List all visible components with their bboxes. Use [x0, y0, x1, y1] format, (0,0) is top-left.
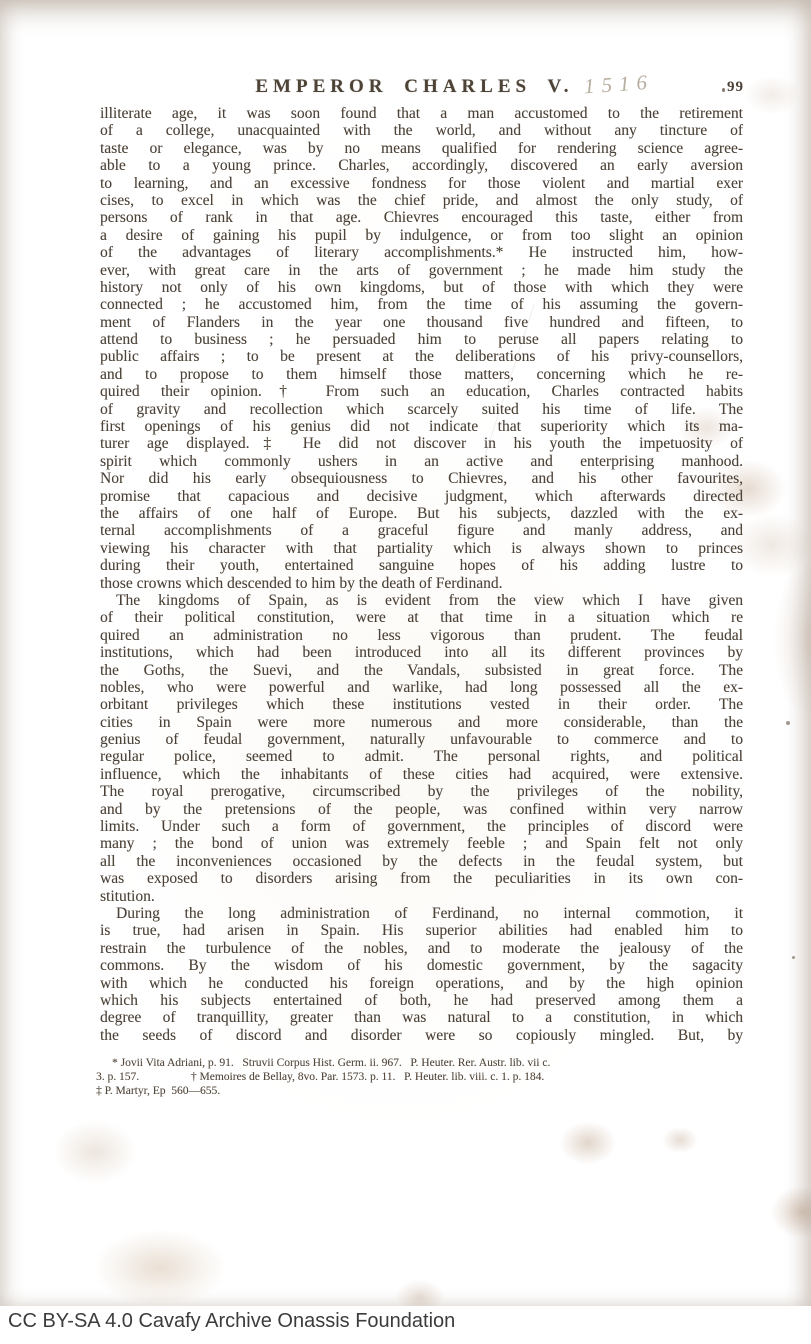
text-line: the Goths, the Suevi, and the Vandals, s… — [100, 662, 743, 679]
text-line: connected ; he accustomed him, from the … — [100, 296, 743, 313]
text-line: ment of Flanders in the year one thousan… — [100, 314, 743, 331]
handwritten-year-note: 1516 — [583, 70, 655, 100]
text-line: limits. Under such a form of government,… — [100, 818, 743, 835]
text-line: stitution. — [100, 888, 743, 905]
text-line: to learning, and an excessive fondness f… — [100, 175, 743, 192]
ink-speck — [786, 721, 790, 725]
paper-crease — [378, 1121, 533, 1306]
body-text: illiterate age, it was soon found that a… — [100, 105, 743, 1044]
text-line: attend to business ; he persuaded him to… — [100, 331, 743, 348]
footnotes: * Jovii Vita Adriani, p. 91. Struvii Cor… — [96, 1056, 751, 1099]
text-line: is true, had arisen in Spain. His superi… — [100, 922, 743, 939]
text-line: those crowns which descended to him by t… — [100, 575, 743, 592]
footnote-line: ‡ P. Martyr, Ep 560—655. — [96, 1084, 751, 1098]
text-line: influence, which the inhabitants of thes… — [100, 766, 743, 783]
text-line: a desire of gaining his pupil by indulge… — [100, 227, 743, 244]
text-line: commons. By the wisdom of his domestic g… — [100, 957, 743, 974]
running-title: EMPEROR CHARLES V. — [255, 76, 573, 98]
text-line: cises, to excel in which was the chief p… — [100, 192, 743, 209]
text-line: cities in Spain were more numerous and m… — [100, 714, 743, 731]
text-line: During the long administration of Ferdin… — [100, 905, 743, 922]
text-line: genius of feudal government, naturally u… — [100, 731, 743, 748]
ink-speck — [792, 956, 795, 959]
text-line: nobles, who were powerful and warlike, h… — [100, 679, 743, 696]
text-line: promise that capacious and decisive judg… — [100, 488, 743, 505]
text-line: the seeds of discord and disorder were s… — [100, 1027, 743, 1044]
text-line: of their political constitution, were at… — [100, 609, 743, 626]
text-line: of gravity and recollection which scarce… — [100, 401, 743, 418]
text-line: ternal accomplishments of a graceful fig… — [100, 522, 743, 539]
text-line: degree of tranquillity, greater than was… — [100, 1009, 743, 1026]
text-line: the affairs of one half of Europe. But h… — [100, 505, 743, 522]
text-line: Nor did his early obsequiousness to Chie… — [100, 470, 743, 487]
paragraph: The kingdoms of Spain, as is evident fro… — [100, 592, 743, 905]
text-line: of the advantages of literary accomplish… — [100, 244, 743, 261]
text-line: taste or elegance, was by no means quali… — [100, 140, 743, 157]
text-line: and by the pretensions of the people, wa… — [100, 801, 743, 818]
text-line: able to a young prince. Charles, accordi… — [100, 157, 743, 174]
text-line: with which he conducted his foreign oper… — [100, 975, 743, 992]
text-line: first openings of his genius did not ind… — [100, 418, 743, 435]
text-line: spirit which commonly ushers in an activ… — [100, 453, 743, 470]
text-line: quired an administration no less vigorou… — [100, 627, 743, 644]
license-bar: CC BY-SA 4.0 Cavafy Archive Onassis Foun… — [0, 1306, 811, 1344]
text-line: turer age displayed.‡ He did not discove… — [100, 435, 743, 452]
text-line: during their youth, entertained sanguine… — [100, 557, 743, 574]
footnote-line: * Jovii Vita Adriani, p. 91. Struvii Cor… — [96, 1056, 751, 1070]
text-line: viewing his character with that partiali… — [100, 540, 743, 557]
footnote-line: 3. p. 157. † Memoires de Bellay, 8vo. Pa… — [96, 1070, 751, 1084]
text-line: The kingdoms of Spain, as is evident fro… — [100, 592, 743, 609]
text-line: persons of rank in that age. Chievres en… — [100, 209, 743, 226]
book-page-scan: EMPEROR CHARLES V. 1516 99 illiterate ag… — [0, 0, 811, 1306]
text-line: and to propose to them himself those mat… — [100, 366, 743, 383]
text-line: institutions, which had been introduced … — [100, 644, 743, 661]
text-line: restrain the turbulence of the nobles, a… — [100, 940, 743, 957]
paragraph: During the long administration of Ferdin… — [100, 905, 743, 1044]
text-line: history not only of his own kingdoms, bu… — [100, 279, 743, 296]
text-line: all the inconveniences occasioned by the… — [100, 853, 743, 870]
license-text: CC BY-SA 4.0 Cavafy Archive Onassis Foun… — [8, 1310, 455, 1333]
text-line: of a college, unacquainted with the worl… — [100, 122, 743, 139]
text-line: public affairs ; to be present at the de… — [100, 348, 743, 365]
text-line: which his subjects entertained of both, … — [100, 992, 743, 1009]
text-line: regular police, seemed to admit. The per… — [100, 748, 743, 765]
text-line: orbitant privileges which these institut… — [100, 696, 743, 713]
text-line: was exposed to disorders arising from th… — [100, 870, 743, 887]
text-line: many ; the bond of union was extremely f… — [100, 835, 743, 852]
text-line: quired their opinion.† From such an educ… — [100, 383, 743, 400]
text-line: The royal prerogative, circumscribed by … — [100, 783, 743, 800]
text-line: illiterate age, it was soon found that a… — [100, 105, 743, 122]
page-header: EMPEROR CHARLES V. 1516 99 — [100, 76, 748, 102]
text-line: ever, with great care in the arts of gov… — [100, 262, 743, 279]
page-number: 99 — [727, 79, 744, 96]
paragraph: illiterate age, it was soon found that a… — [100, 105, 743, 592]
